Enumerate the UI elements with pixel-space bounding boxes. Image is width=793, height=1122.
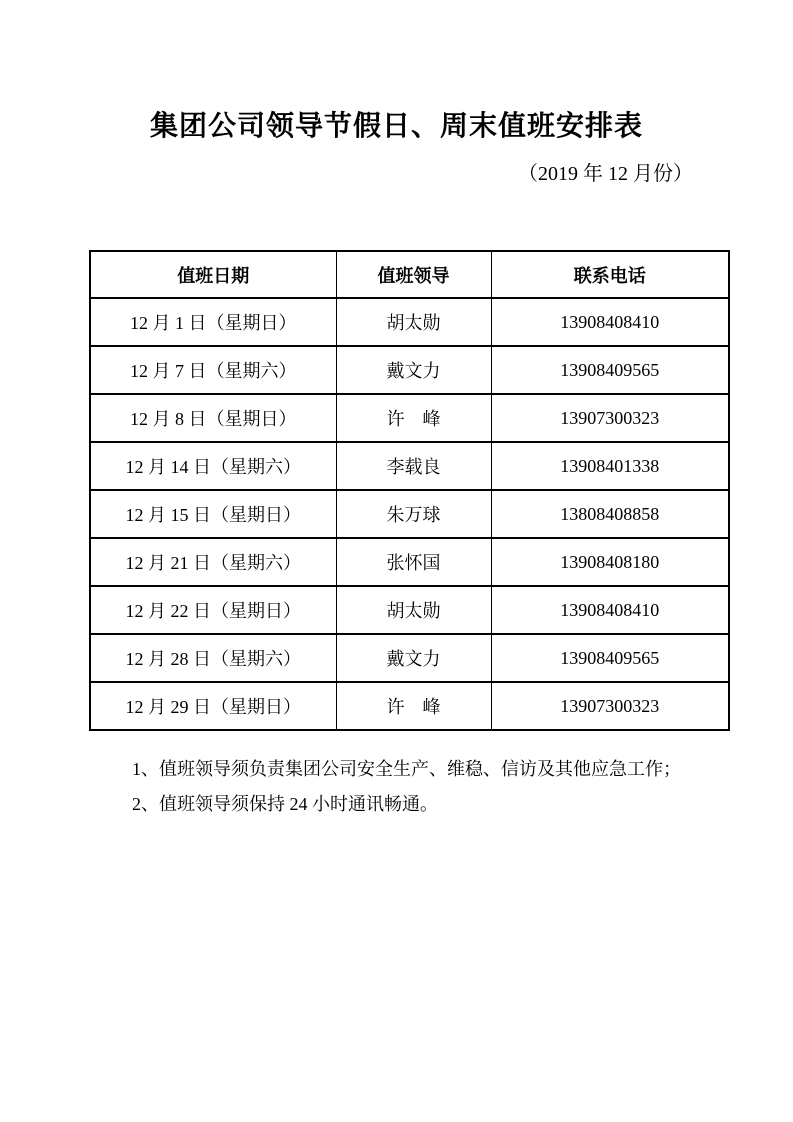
duty-date-cell: 12 月 29 日（星期日）	[90, 682, 336, 730]
table-row: 12 月 7 日（星期六） 戴文力 13908409565	[90, 346, 729, 394]
contact-phone-cell: 13908408180	[491, 538, 729, 586]
duty-schedule-table: 值班日期 值班领导 联系电话 12 月 1 日（星期日） 胡太勋 1390840…	[89, 250, 730, 731]
table-row: 12 月 28 日（星期六） 戴文力 13908409565	[90, 634, 729, 682]
duty-date-cell: 12 月 15 日（星期日）	[90, 490, 336, 538]
contact-phone-cell: 13908408410	[491, 298, 729, 346]
table-row: 12 月 14 日（星期六） 李载良 13908401338	[90, 442, 729, 490]
duty-leader-header: 值班领导	[336, 251, 491, 298]
duty-date-cell: 12 月 8 日（星期日）	[90, 394, 336, 442]
contact-phone-cell: 13907300323	[491, 682, 729, 730]
duty-leader-cell: 张怀国	[336, 538, 491, 586]
duty-date-header: 值班日期	[90, 251, 336, 298]
table-row: 12 月 22 日（星期日） 胡太勋 13908408410	[90, 586, 729, 634]
contact-phone-cell: 13908401338	[491, 442, 729, 490]
page-subtitle: （2019 年 12 月份）	[0, 160, 793, 188]
contact-phone-cell: 13908409565	[491, 346, 729, 394]
contact-phone-cell: 13907300323	[491, 394, 729, 442]
table-row: 12 月 1 日（星期日） 胡太勋 13908408410	[90, 298, 729, 346]
contact-phone-cell: 13808408858	[491, 490, 729, 538]
contact-phone-cell: 13908408410	[491, 586, 729, 634]
duty-date-cell: 12 月 14 日（星期六）	[90, 442, 336, 490]
duty-leader-cell: 胡太勋	[336, 586, 491, 634]
table-row: 12 月 21 日（星期六） 张怀国 13908408180	[90, 538, 729, 586]
table-header-row: 值班日期 值班领导 联系电话	[90, 251, 729, 298]
duty-leader-cell: 戴文力	[336, 634, 491, 682]
duty-leader-cell: 李载良	[336, 442, 491, 490]
document-page: 集团公司领导节假日、周末值班安排表 （2019 年 12 月份） 值班日期 值班…	[0, 0, 793, 1122]
duty-leader-cell: 许 峰	[336, 394, 491, 442]
notes: 1、值班领导须负责集团公司安全生产、维稳、信访及其他应急工作； 2、值班领导须保…	[132, 752, 733, 822]
table-row: 12 月 8 日（星期日） 许 峰 13907300323	[90, 394, 729, 442]
page-title: 集团公司领导节假日、周末值班安排表	[0, 0, 793, 146]
duty-date-cell: 12 月 7 日（星期六）	[90, 346, 336, 394]
duty-leader-cell: 戴文力	[336, 346, 491, 394]
duty-leader-cell: 许 峰	[336, 682, 491, 730]
duty-date-cell: 12 月 28 日（星期六）	[90, 634, 336, 682]
duty-date-cell: 12 月 22 日（星期日）	[90, 586, 336, 634]
duty-leader-cell: 胡太勋	[336, 298, 491, 346]
table-row: 12 月 15 日（星期日） 朱万球 13808408858	[90, 490, 729, 538]
contact-phone-header: 联系电话	[491, 251, 729, 298]
duty-leader-cell: 朱万球	[336, 490, 491, 538]
table-row: 12 月 29 日（星期日） 许 峰 13907300323	[90, 682, 729, 730]
note-item: 2、值班领导须保持 24 小时通讯畅通。	[132, 787, 733, 822]
note-item: 1、值班领导须负责集团公司安全生产、维稳、信访及其他应急工作；	[132, 752, 733, 787]
contact-phone-cell: 13908409565	[491, 634, 729, 682]
duty-date-cell: 12 月 1 日（星期日）	[90, 298, 336, 346]
duty-date-cell: 12 月 21 日（星期六）	[90, 538, 336, 586]
